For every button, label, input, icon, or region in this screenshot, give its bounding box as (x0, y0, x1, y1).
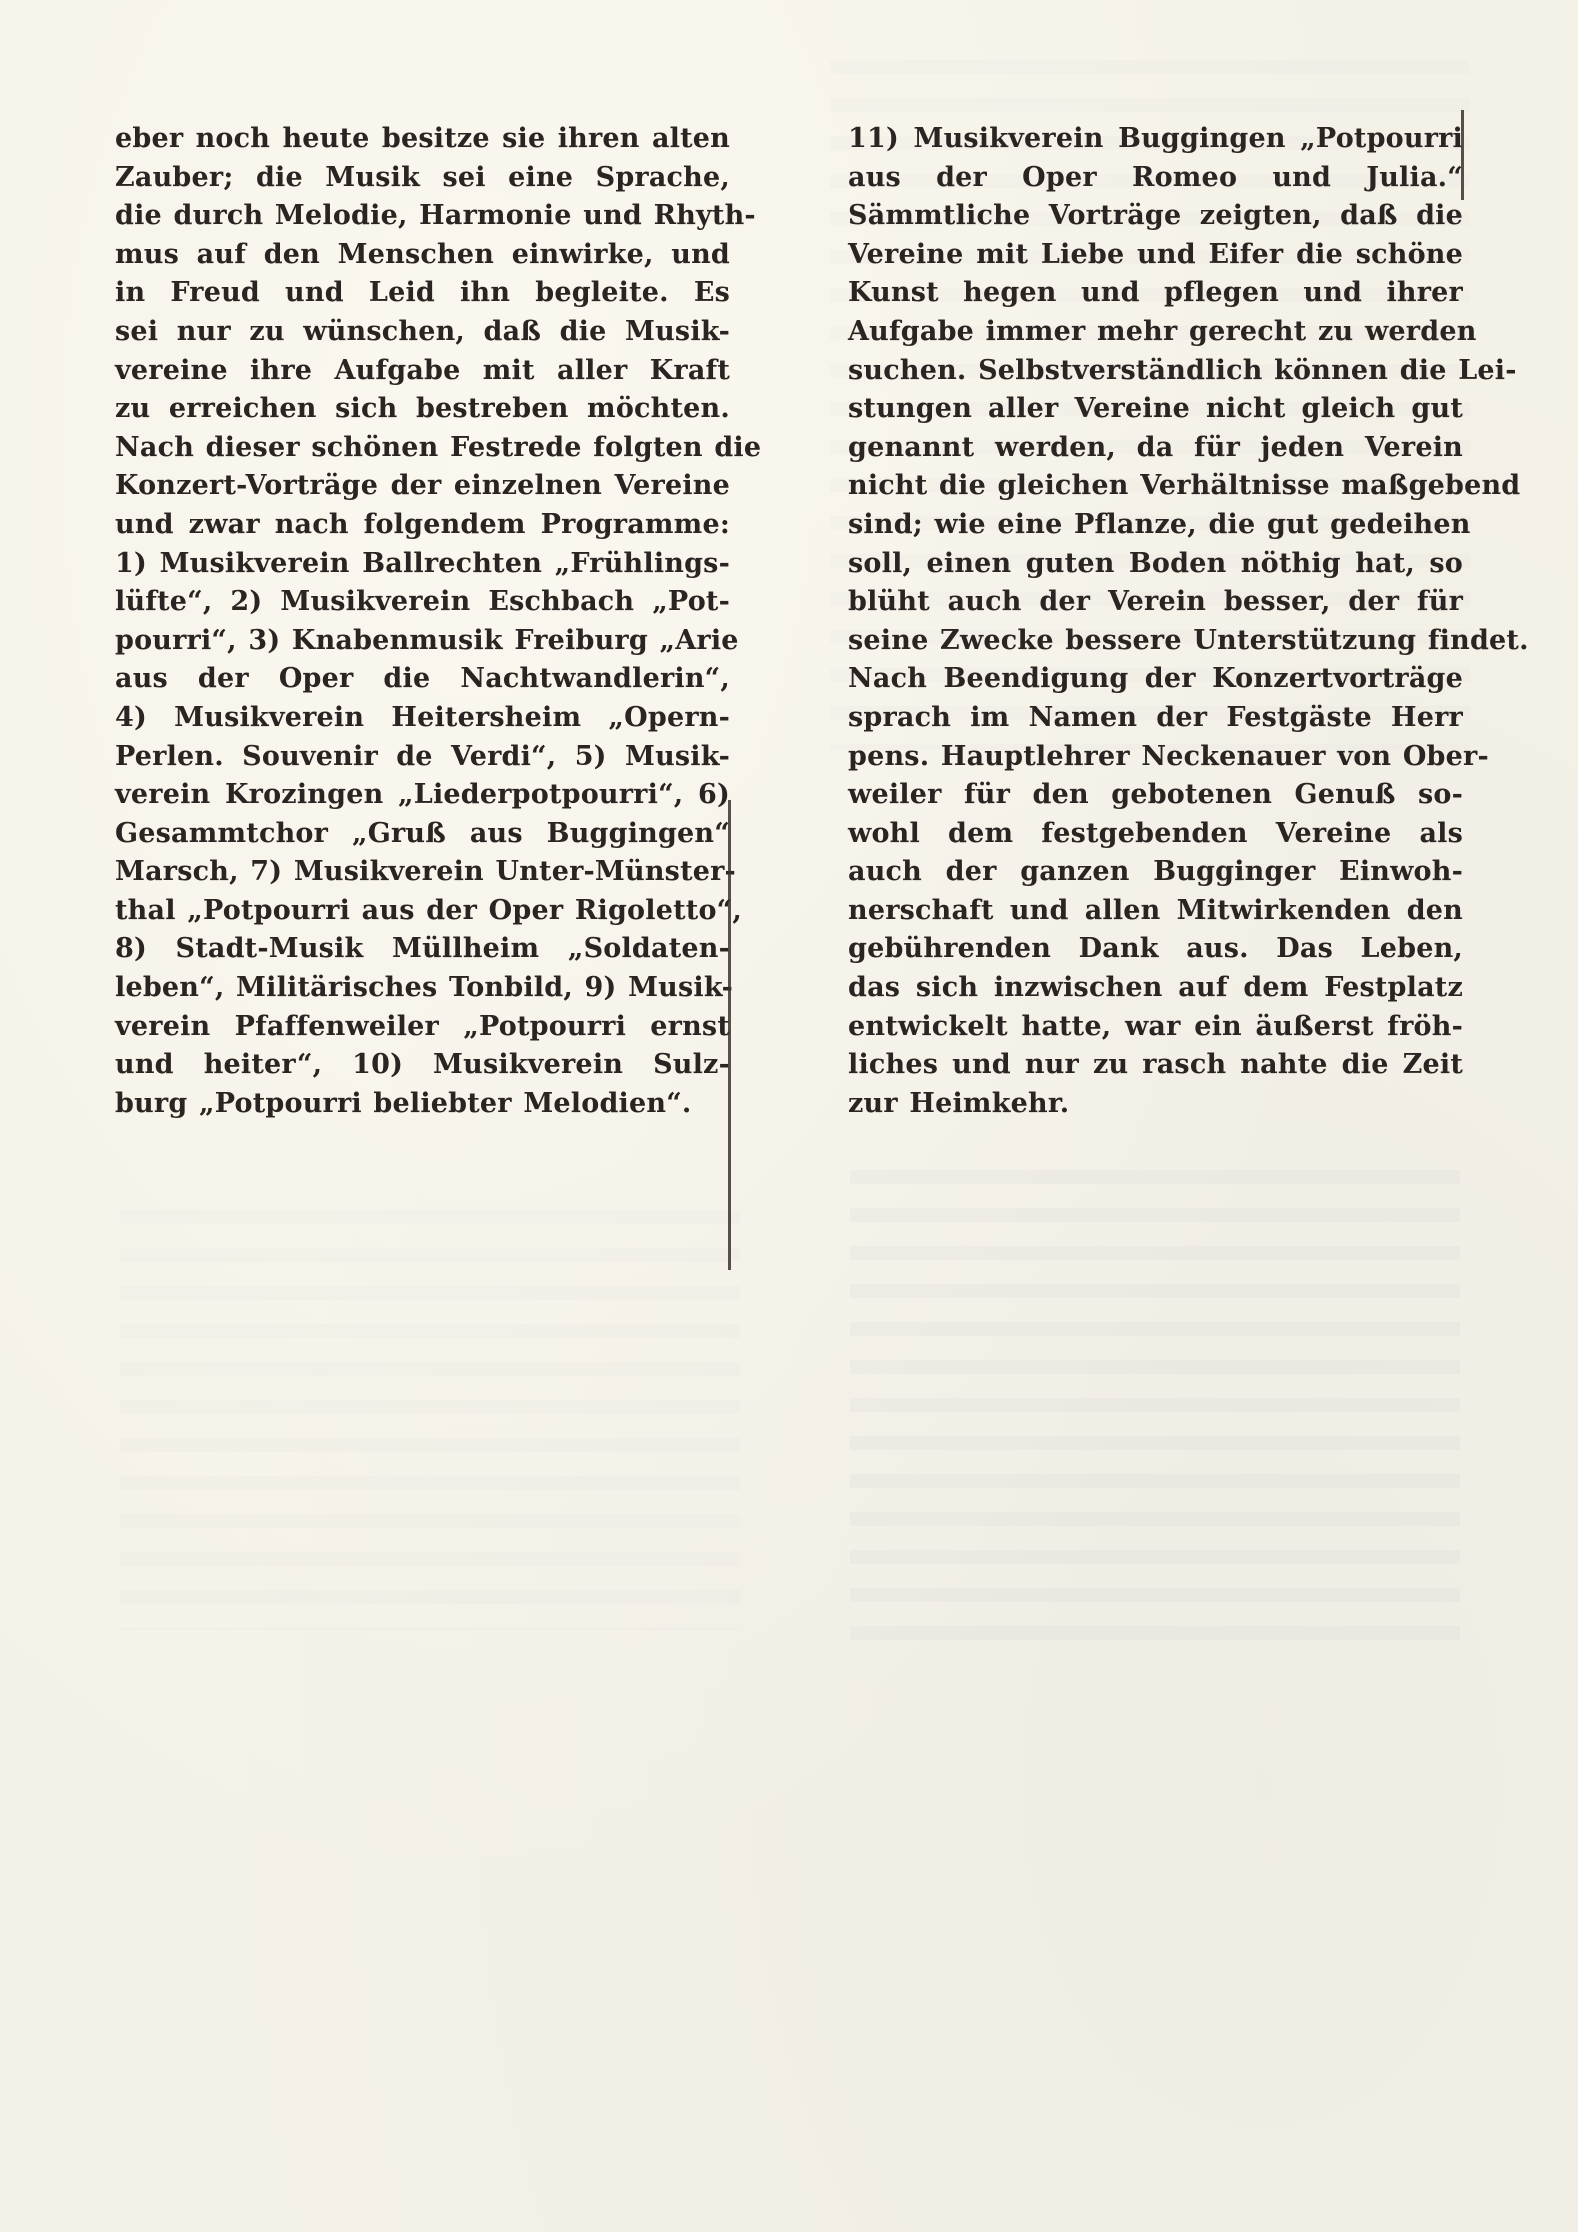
text-line: suchen. Selbstverständlich können die Le… (848, 352, 1463, 391)
text-line: Gesammtchor „Gruß aus Buggingen“ (115, 815, 730, 854)
text-line: vereine ihre Aufgabe mit aller Kraft (115, 352, 730, 391)
text-line: Konzert-Vorträge der einzelnen Vereine (115, 467, 730, 506)
text-line: seine Zwecke bessere Unterstützung finde… (848, 622, 1463, 661)
text-line: blüht auch der Verein besser, der für (848, 583, 1463, 622)
text-line: genannt werden, da für jeden Verein (848, 429, 1463, 468)
text-line: 1) Musikverein Ballrechten „Frühlings- (115, 545, 730, 584)
text-line: sprach im Namen der Festgäste Herr (848, 699, 1463, 738)
text-line: Perlen. Souvenir de Verdi“, 5) Musik- (115, 738, 730, 777)
clipping-edge-mark-right (1461, 110, 1464, 200)
show-through-text-bottom-right (850, 1170, 1460, 1660)
text-line: 8) Stadt-Musik Müllheim „Soldaten- (115, 930, 730, 969)
text-line: zur Heimkehr. (848, 1085, 1463, 1124)
text-line: aus der Oper die Nachtwandlerin“, (115, 660, 730, 699)
text-line: pourri“, 3) Knabenmusik Freiburg „Arie (115, 622, 730, 661)
text-line: sei nur zu wünschen, daß die Musik- (115, 313, 730, 352)
text-line: 4) Musikverein Heitersheim „Opern- (115, 699, 730, 738)
text-line: verein Pfaffenweiler „Potpourri ernst (115, 1008, 730, 1047)
text-line: und heiter“, 10) Musikverein Sulz- (115, 1046, 730, 1085)
text-line: Marsch, 7) Musikverein Unter-Münster- (115, 853, 730, 892)
text-line: und zwar nach folgendem Programme: (115, 506, 730, 545)
text-line: mus auf den Menschen einwirke, und (115, 236, 730, 275)
text-line: nerschaft und allen Mitwirkenden den (848, 892, 1463, 931)
text-line: Sämmtliche Vorträge zeigten, daß die (848, 197, 1463, 236)
text-line: Vereine mit Liebe und Eifer die schöne (848, 236, 1463, 275)
text-line: soll, einen guten Boden nöthig hat, so (848, 545, 1463, 584)
text-line: auch der ganzen Bugginger Einwoh- (848, 853, 1463, 892)
text-line: das sich inzwischen auf dem Festplatz (848, 969, 1463, 1008)
text-line: weiler für den gebotenen Genuß so- (848, 776, 1463, 815)
text-line: lüfte“, 2) Musikverein Eschbach „Pot- (115, 583, 730, 622)
text-line: leben“, Militärisches Tonbild, 9) Musik- (115, 969, 730, 1008)
text-line: 11) Musikverein Buggingen „Potpourri (848, 120, 1463, 159)
text-line: verein Krozingen „Liederpotpourri“, 6) (115, 776, 730, 815)
text-line: Kunst hegen und pflegen und ihrer (848, 274, 1463, 313)
text-line: stungen aller Vereine nicht gleich gut (848, 390, 1463, 429)
text-line: aus der Oper Romeo und Julia.“ (848, 159, 1463, 198)
right-text-column: 11) Musikverein Buggingen „Potpourri aus… (848, 120, 1463, 1123)
clipping-edge-mark-left (728, 800, 731, 1270)
text-line: wohl dem festgebenden Vereine als (848, 815, 1463, 854)
text-line: entwickelt hatte, war ein äußerst fröh- (848, 1008, 1463, 1047)
text-line: pens. Hauptlehrer Neckenauer von Ober- (848, 738, 1463, 777)
text-line: thal „Potpourri aus der Oper Rigoletto“, (115, 892, 730, 931)
text-line: in Freud und Leid ihn begleite. Es (115, 274, 730, 313)
text-line: sind; wie eine Pflanze, die gut gedeihen (848, 506, 1463, 545)
text-line: die durch Melodie, Harmonie und Rhyth- (115, 197, 730, 236)
text-line: zu erreichen sich bestreben möchten. (115, 390, 730, 429)
text-line: gebührenden Dank aus. Das Leben, (848, 930, 1463, 969)
text-line: eber noch heute besitze sie ihren alten (115, 120, 730, 159)
text-line: Aufgabe immer mehr gerecht zu werden (848, 313, 1463, 352)
text-line: Nach Beendigung der Konzertvorträge (848, 660, 1463, 699)
text-line: burg „Potpourri beliebter Melodien“. (115, 1085, 730, 1124)
text-line: Nach dieser schönen Festrede folgten die (115, 429, 730, 468)
show-through-text-bottom-left (120, 1210, 740, 1630)
left-text-column: eber noch heute besitze sie ihren alten … (115, 120, 730, 1123)
text-line: nicht die gleichen Verhältnisse maßgeben… (848, 467, 1463, 506)
text-line: liches und nur zu rasch nahte die Zeit (848, 1046, 1463, 1085)
text-line: Zauber; die Musik sei eine Sprache, (115, 159, 730, 198)
